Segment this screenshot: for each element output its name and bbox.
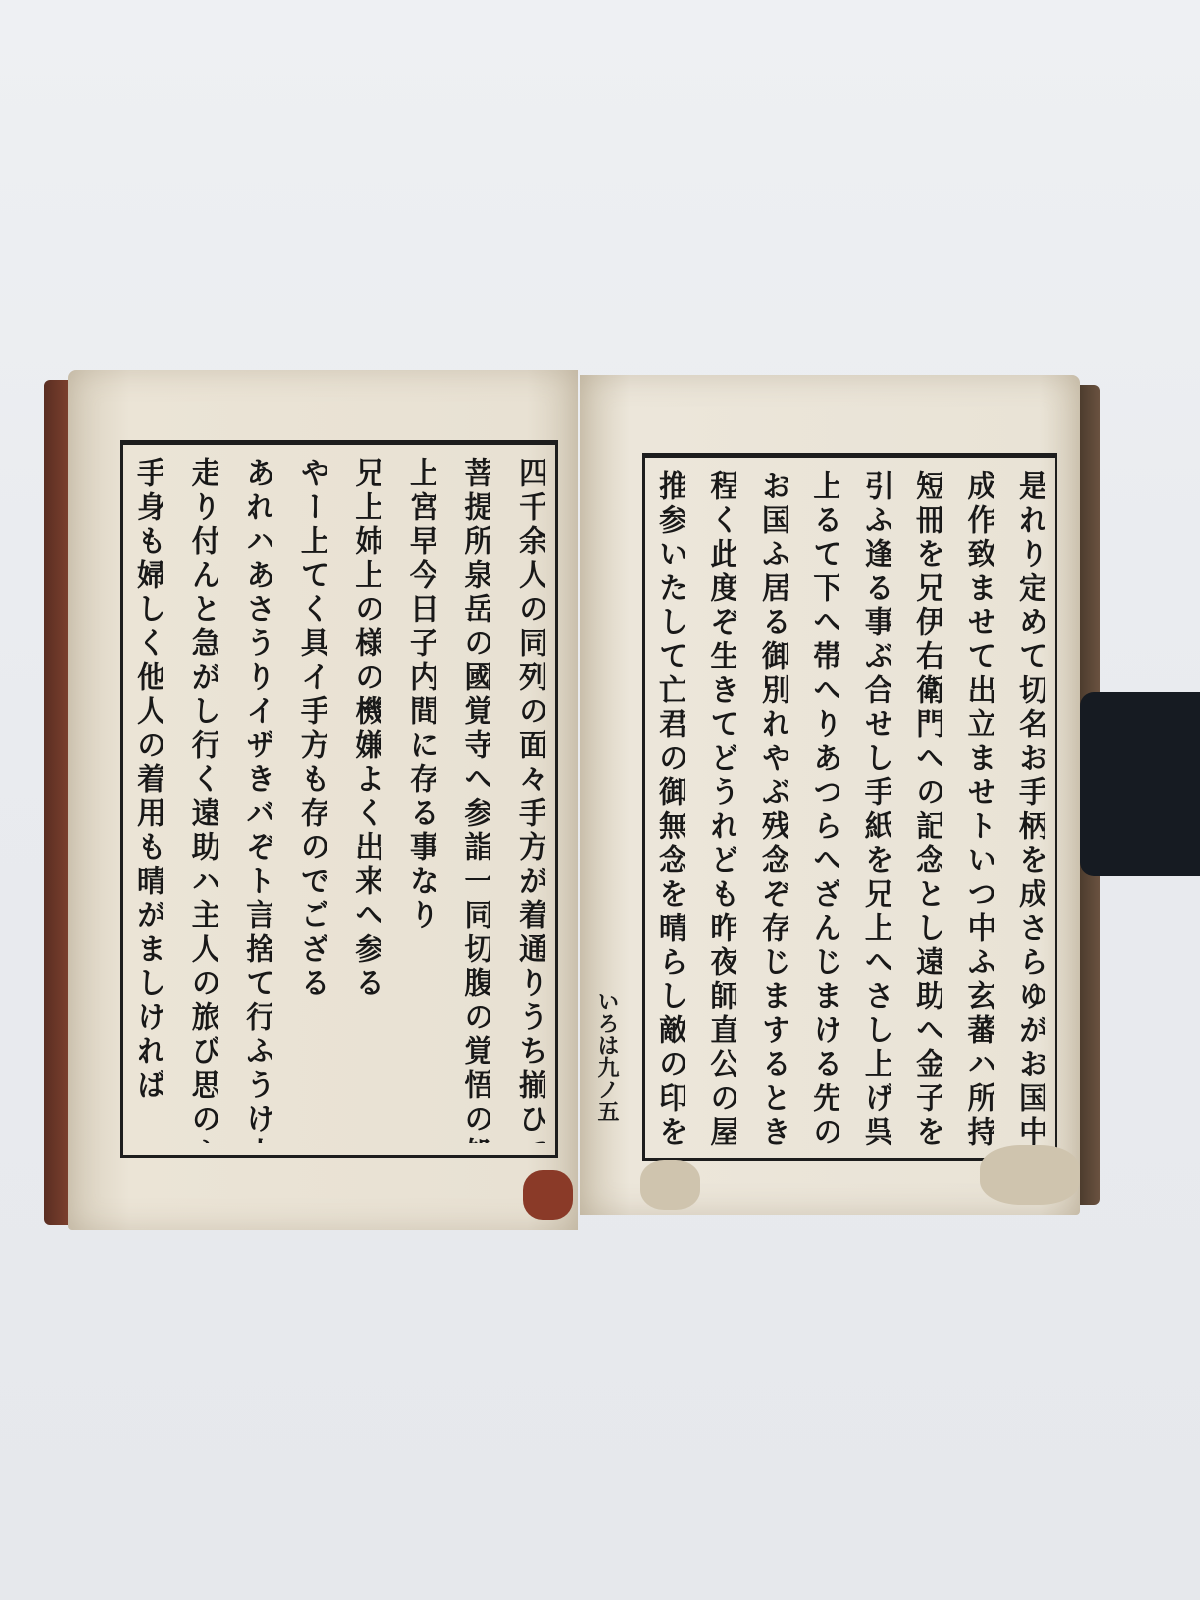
open-book: 四千余人の同列の面々手方が着通りうち揃ひて亡君の 菩提所泉岳の國覚寺へ参詣一同切… — [40, 360, 1100, 1240]
text-column: やー上てく具イ手方も存のでござる — [297, 457, 327, 1143]
left-page: 四千余人の同列の面々手方が着通りうち揃ひて亡君の 菩提所泉岳の國覚寺へ参詣一同切… — [68, 370, 578, 1230]
text-column: 短冊を兄伊右衛門への記念とし遠助へ金子を与へし行 — [912, 470, 942, 1146]
text-column: 手身も婦しく他人の着用も晴がましければ — [133, 457, 163, 1143]
right-page-text-frame: 是れり定めて切名お手柄を成さらゆがお国中で来き 成作致ませて出立ませトいつ中ふ玄… — [642, 453, 1057, 1161]
text-column: 是れり定めて切名お手柄を成さらゆがお国中で来き — [1015, 470, 1045, 1146]
text-column: あれハあさうりイザきバぞト言捨て行ふうけ人く — [242, 457, 272, 1143]
right-page: いろは九ノ五 是れり定めて切名お手柄を成さらゆがお国中で来き 成作致ませて出立ま… — [580, 375, 1080, 1215]
page-damage — [640, 1160, 700, 1210]
text-column: 兄上姉上の様の機嫌よく出来へ参る — [351, 457, 381, 1143]
text-column: 引ふ逢る事ぶ合せし手紙を兄上へさし上げ呉れ又中 — [861, 470, 891, 1146]
text-column: 推参いたして亡君の御無念を晴らし敵の印を中うけ — [655, 470, 685, 1146]
black-holder-tab — [1080, 692, 1200, 876]
text-column: 程く此度ぞ生きてどうれども昨夜師直公の屋敷へ — [706, 470, 736, 1146]
text-column: 四千余人の同列の面々手方が着通りうち揃ひて亡君の — [515, 457, 545, 1143]
text-column: 走り付んと急がし行く遠助ハ主人の旅び思のやら — [188, 457, 218, 1143]
page-folio-number: いろは九ノ五 — [592, 990, 623, 1122]
page-damage — [980, 1145, 1080, 1205]
left-page-text-frame: 四千余人の同列の面々手方が着通りうち揃ひて亡君の 菩提所泉岳の國覚寺へ参詣一同切… — [120, 440, 558, 1158]
text-column: 成作致ませて出立ませトいつ中ふ玄蕃ハ所持せし小箱 — [964, 470, 994, 1146]
text-column: お国ふ居る御別れやぶ残念ぞ存じまするときて浪人中 — [758, 470, 788, 1146]
text-column: 上宮早今日子内間に存る事なり — [406, 457, 436, 1143]
text-column: 上るて下へ帯へりあつらへざんじまける先の中通り — [809, 470, 839, 1146]
page-damage — [523, 1170, 573, 1220]
text-column: 菩提所泉岳の國覚寺へ参詣一同切腹の覚悟の処 — [460, 457, 490, 1143]
